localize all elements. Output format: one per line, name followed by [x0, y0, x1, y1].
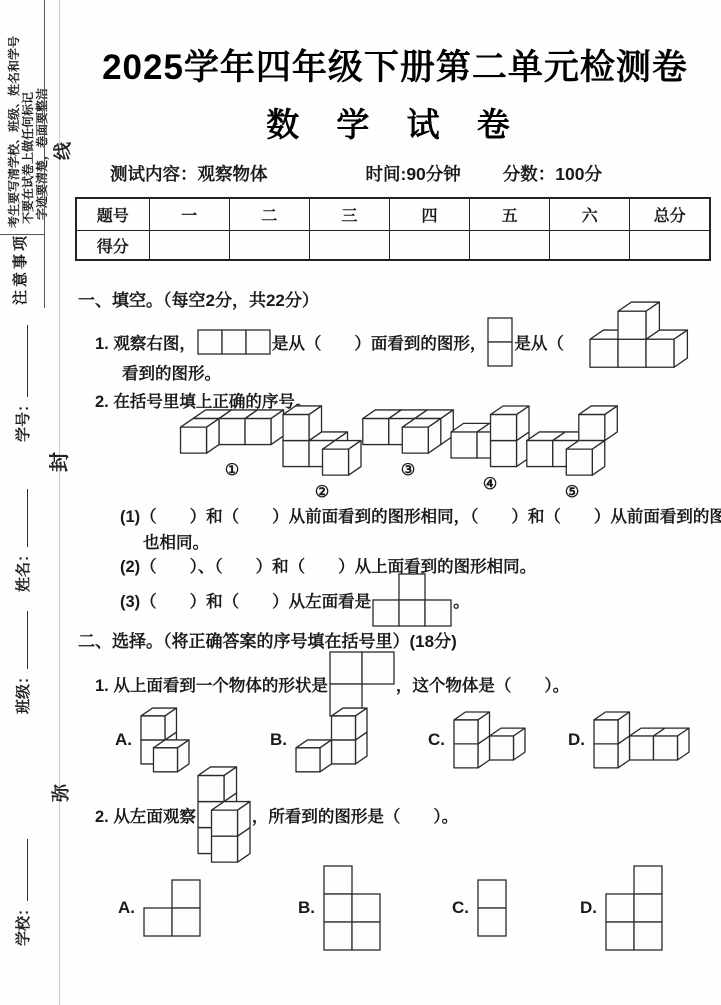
sub3-view-grid — [371, 572, 453, 628]
seal-char-feng: 封 — [43, 452, 72, 472]
s2q1-option-a-label: A. — [115, 730, 132, 750]
cube-figure-5: ⑤ — [525, 404, 619, 502]
exam-info-row: 测试内容：观察物体 时间:90分钟 分数：100分 — [75, 161, 715, 186]
section1-heading: 一、填空。（每空2分，共22分） — [78, 286, 319, 311]
sub3-text-post: 。 — [453, 588, 470, 612]
s2q2-text-post: ，所看到的图形是（ ）。 — [252, 803, 458, 827]
s2q2-option-d-figure — [604, 864, 664, 952]
score-cell[interactable] — [229, 231, 309, 261]
school-blank[interactable] — [13, 839, 28, 901]
s2q2-option-c[interactable]: C. — [452, 862, 508, 954]
student-id-label: 学号： — [15, 397, 32, 442]
paper-title: 2025学年四年级下册第二单元检测卷 — [70, 40, 720, 90]
score-table-score-row: 得分 — [76, 231, 710, 261]
score-header-cell: 二 — [229, 198, 309, 231]
seal-char-mi: 弥 — [47, 784, 73, 802]
q1-text-pre: 1. 观察右图， — [95, 330, 196, 354]
section1-sub1-line1: (1)（ ）和（ ）从前面看到的图形相同，（ ）和（ ）从前面看到的图形 — [120, 503, 721, 527]
s2q2-option-a[interactable]: A. — [118, 862, 202, 954]
q1-text-mid1: 是从（ ）面看到的图形， — [272, 330, 487, 354]
exam-content-label: 测试内容：观察物体 — [110, 161, 268, 186]
score-header-cell: 三 — [309, 198, 389, 231]
score-cell[interactable] — [550, 231, 630, 261]
school-label: 学校： — [15, 901, 32, 946]
cube-figure-3: ③ — [361, 408, 455, 480]
paper-subtitle: 数 学 试 卷 — [70, 99, 720, 146]
cube-figure-5-svg — [525, 404, 619, 477]
score-table: 题号 一 二 三 四 五 六 总分 得分 — [75, 197, 711, 261]
cube-figure-1: ① — [179, 408, 286, 480]
s2q1-text-post: ，这个物体是（ ）。 — [396, 672, 569, 696]
s2q2-option-b[interactable]: B. — [298, 862, 382, 954]
q1-view-grid-horizontal — [196, 328, 272, 356]
q1-view-grid-vertical — [486, 316, 514, 368]
s2q1-option-b-label: B. — [270, 730, 287, 750]
score-cell[interactable] — [389, 231, 469, 261]
notice-heading: 注意事项 — [9, 233, 30, 305]
school-field[interactable]: 学校： — [12, 839, 33, 946]
student-id-blank[interactable] — [13, 325, 28, 397]
notice-line-3: 字迹要清楚，卷面要整洁 — [33, 88, 50, 220]
score-header-cell: 总分 — [630, 198, 710, 231]
s2q1-option-c-figure — [452, 710, 527, 770]
section1-sub1-line2: 也相同。 — [143, 529, 209, 553]
s2q1-option-d-label: D. — [568, 730, 585, 750]
score-row-label: 得分 — [76, 231, 149, 261]
sub3-text-pre: (3)（ ）和（ ）从左面看是 — [120, 588, 371, 612]
s2q2-option-b-figure — [322, 864, 382, 952]
name-blank[interactable] — [13, 489, 28, 547]
score-header-cell: 六 — [550, 198, 630, 231]
s2q1-option-d[interactable]: D. — [568, 702, 691, 778]
s2q1-option-d-figure — [592, 710, 691, 770]
name-label: 姓名： — [15, 547, 32, 592]
cube-figure-4-svg — [449, 404, 531, 469]
class-label: 班级： — [15, 669, 32, 714]
s2q2-option-a-label: A. — [118, 898, 135, 918]
score-cell[interactable] — [630, 231, 710, 261]
cube-figure-4-label: ④ — [483, 474, 497, 494]
cube-figure-1-svg — [179, 408, 286, 455]
score-header-cell: 题号 — [76, 198, 149, 231]
q1-cube-figure — [588, 300, 689, 369]
cube-figure-4: ④ — [449, 404, 531, 494]
exam-score-label: 分数：100分 — [503, 161, 602, 186]
cube-figure-2: ② — [281, 404, 363, 502]
section2-q2-line: 2. 从左面观察 ，所看到的图形是（ ）。 — [95, 763, 458, 867]
section1-sub3-line: (3)（ ）和（ ）从左面看是 。 — [120, 572, 470, 628]
s2q2-text-pre: 2. 从左面观察 — [95, 803, 196, 827]
cube-figure-3-label: ③ — [401, 460, 415, 480]
cube-figure-2-svg — [281, 404, 363, 477]
name-field[interactable]: 姓名： — [12, 489, 33, 592]
s2q2-option-d-label: D. — [580, 898, 597, 918]
s2q2-option-c-label: C. — [452, 898, 469, 918]
s2q2-option-a-figure — [142, 878, 202, 938]
score-cell[interactable] — [149, 231, 229, 261]
cube-figure-5-label: ⑤ — [565, 482, 579, 502]
exam-paper-page: 考生要写清学校、班级、姓名和学号 不要在试卷上做任何标记 字迹要清楚，卷面要整洁… — [0, 0, 721, 1005]
score-header-cell: 一 — [149, 198, 229, 231]
s2q2-option-c-figure — [476, 878, 508, 938]
score-table-header-row: 题号 一 二 三 四 五 六 总分 — [76, 198, 710, 231]
s2q2-option-b-label: B. — [298, 898, 315, 918]
s2q1-option-c-label: C. — [428, 730, 445, 750]
score-cell[interactable] — [470, 231, 550, 261]
s2q2-option-d[interactable]: D. — [580, 862, 664, 954]
score-header-cell: 五 — [470, 198, 550, 231]
q1-text-tail: 看到的图形。 — [122, 360, 221, 384]
exam-time-label: 时间:90分钟 — [366, 161, 461, 186]
cube-figure-1-label: ① — [225, 460, 239, 480]
cube-figure-3-svg — [361, 408, 455, 455]
class-blank[interactable] — [13, 611, 28, 669]
sidebar-divider-line — [44, 0, 45, 308]
class-field[interactable]: 班级： — [12, 611, 33, 714]
s2q2-cube-figure — [196, 765, 252, 864]
cube-figure-2-label: ② — [315, 482, 329, 502]
s2q1-text-pre: 1. 从上面看到一个物体的形状是 — [95, 672, 328, 696]
student-id-field[interactable]: 学号： — [12, 325, 33, 442]
score-header-cell: 四 — [389, 198, 469, 231]
score-cell[interactable] — [309, 231, 389, 261]
